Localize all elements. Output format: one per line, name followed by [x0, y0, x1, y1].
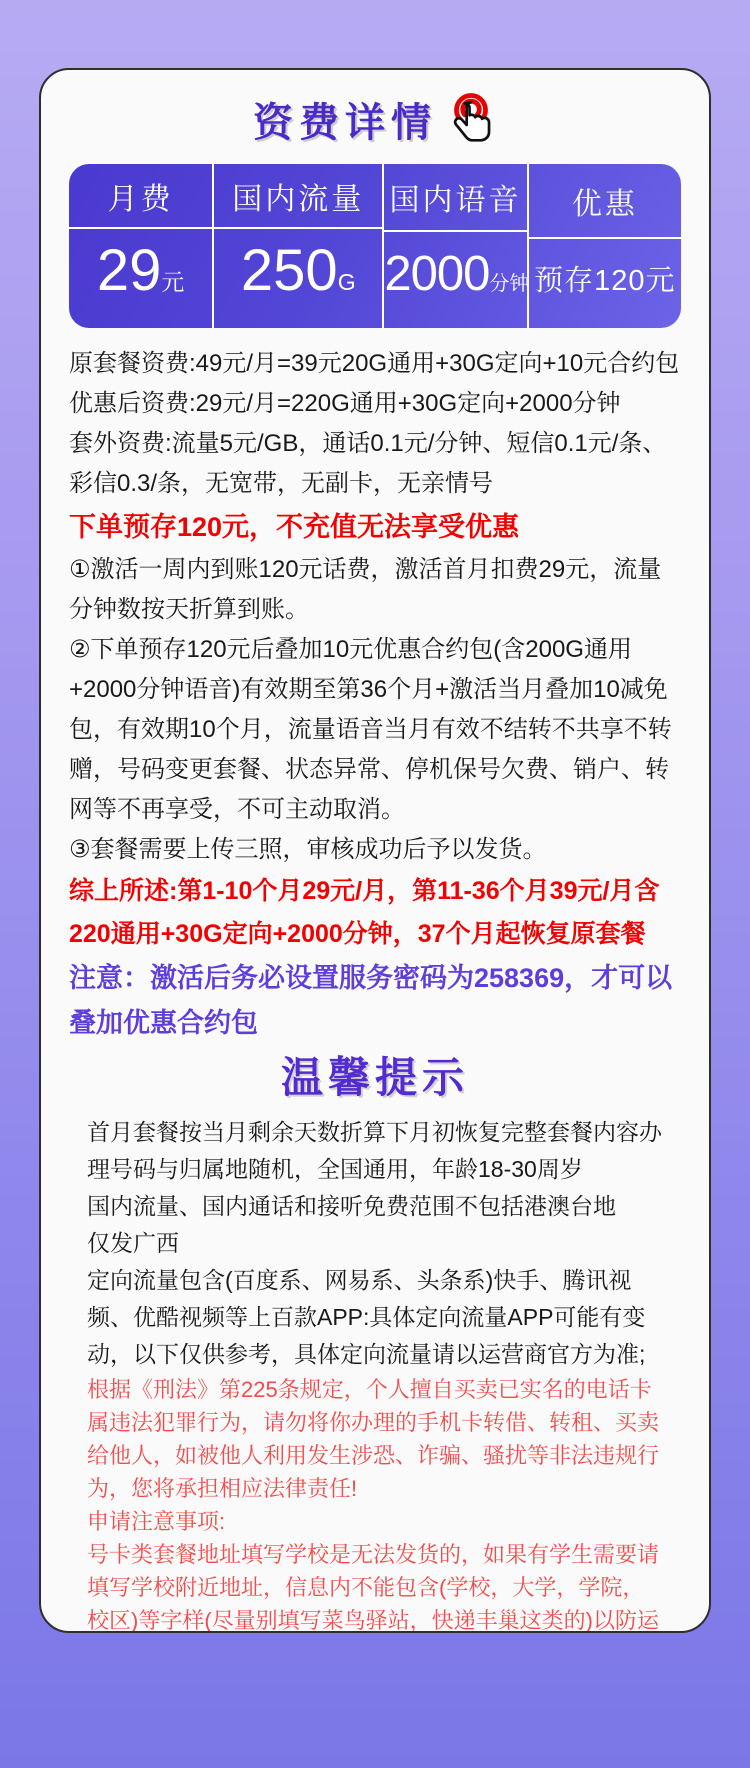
plan-column-discount: 优惠 预存120元 [527, 164, 681, 328]
tariff-details: 原套餐资费:49元/月=39元20G通用+30G定向+10元合约包 优惠后资费:… [69, 344, 681, 1046]
detail-extra-fee: 套外资费:流量5元/GB，通话0.1元/分钟、短信0.1元/条、彩信0.3/条，… [69, 424, 681, 504]
column-header: 国内语音 [384, 164, 526, 232]
value-number: 预存120元 [534, 265, 675, 297]
value-number: 29 [97, 238, 162, 303]
column-header: 优惠 [529, 164, 681, 239]
page-title: 资费详情 [253, 91, 437, 148]
detail-rule-3: ③套餐需要上传三照，审核成功后予以发货。 [69, 830, 681, 870]
detail-rule-1: ①激活一周内到账120元话费，激活首月扣费29元，流量分钟数按天折算到账。 [69, 550, 681, 630]
title-row: 资费详情 [69, 90, 681, 148]
value-unit: 元 [161, 269, 184, 295]
detail-summary: 综上所述:第1-10个月29元/月，第11-36个月39元/月含220通用+30… [69, 870, 681, 956]
plan-column-monthly-fee: 月费 29元 [69, 164, 212, 328]
detail-rule-2: ②下单预存120元后叠加10元优惠合约包(含200G通用+2000分钟语音)有效… [69, 630, 681, 830]
column-value: 2000分钟 [384, 232, 526, 328]
page-background: 资费详情 月费 29元 国内流量 250G 国内语音 2000分钟 [0, 68, 750, 1633]
column-value: 250G [214, 229, 382, 328]
value-number: 250 [241, 238, 338, 303]
column-value: 29元 [69, 229, 212, 328]
column-header: 国内流量 [214, 164, 382, 229]
value-unit: 分钟 [489, 273, 529, 295]
tip-apply-notes-title: 申请注意事项: [87, 1505, 663, 1538]
tip-address-notes: 号卡类套餐地址填写学校是无法发货的，如果有学生需要请填写学校附近地址，信息内不能… [87, 1538, 663, 1633]
tap-hand-icon [445, 90, 497, 148]
column-header: 月费 [69, 164, 212, 229]
column-value: 预存120元 [529, 239, 681, 328]
detail-password-note: 注意：激活后务必设置服务密码为258369，才可以叠加优惠合约包 [69, 956, 681, 1046]
tariff-card: 资费详情 月费 29元 国内流量 250G 国内语音 2000分钟 [39, 68, 711, 1633]
detail-discount-fee: 优惠后资费:29元/月=220G通用+30G定向+2000分钟 [69, 384, 681, 424]
tips-heading: 温馨提示 [69, 1052, 681, 1104]
plan-column-voice: 国内语音 2000分钟 [382, 164, 526, 328]
tip-region: 仅发广西 [87, 1225, 663, 1262]
tip-coverage: 国内流量、国内通话和接听免费范围不包括港澳台地 [87, 1188, 663, 1225]
tip-directed-traffic: 定向流量包含(百度系、网易系、头条系)快手、腾讯视频、优酷视频等上百款APP:具… [87, 1262, 663, 1373]
plan-column-data: 国内流量 250G [212, 164, 382, 328]
plan-table: 月费 29元 国内流量 250G 国内语音 2000分钟 优惠 预存120元 [69, 164, 681, 328]
detail-original-fee: 原套餐资费:49元/月=39元20G通用+30G定向+10元合约包 [69, 344, 681, 384]
tips-section: 首月套餐按当月剩余天数折算下月初恢复完整套餐内容办理号码与归属地随机，全国通用，… [69, 1114, 681, 1633]
value-number: 2000 [384, 247, 489, 301]
tip-legal-warning: 根据《刑法》第225条规定，个人擅自买卖已实名的电话卡属违法犯罪行为，请勿将你办… [87, 1373, 663, 1505]
value-unit: G [338, 269, 356, 295]
tip-first-month: 首月套餐按当月剩余天数折算下月初恢复完整套餐内容办理号码与归属地随机，全国通用，… [87, 1114, 663, 1188]
detail-prepay-alert: 下单预存120元，不充值无法享受优惠 [69, 504, 681, 550]
